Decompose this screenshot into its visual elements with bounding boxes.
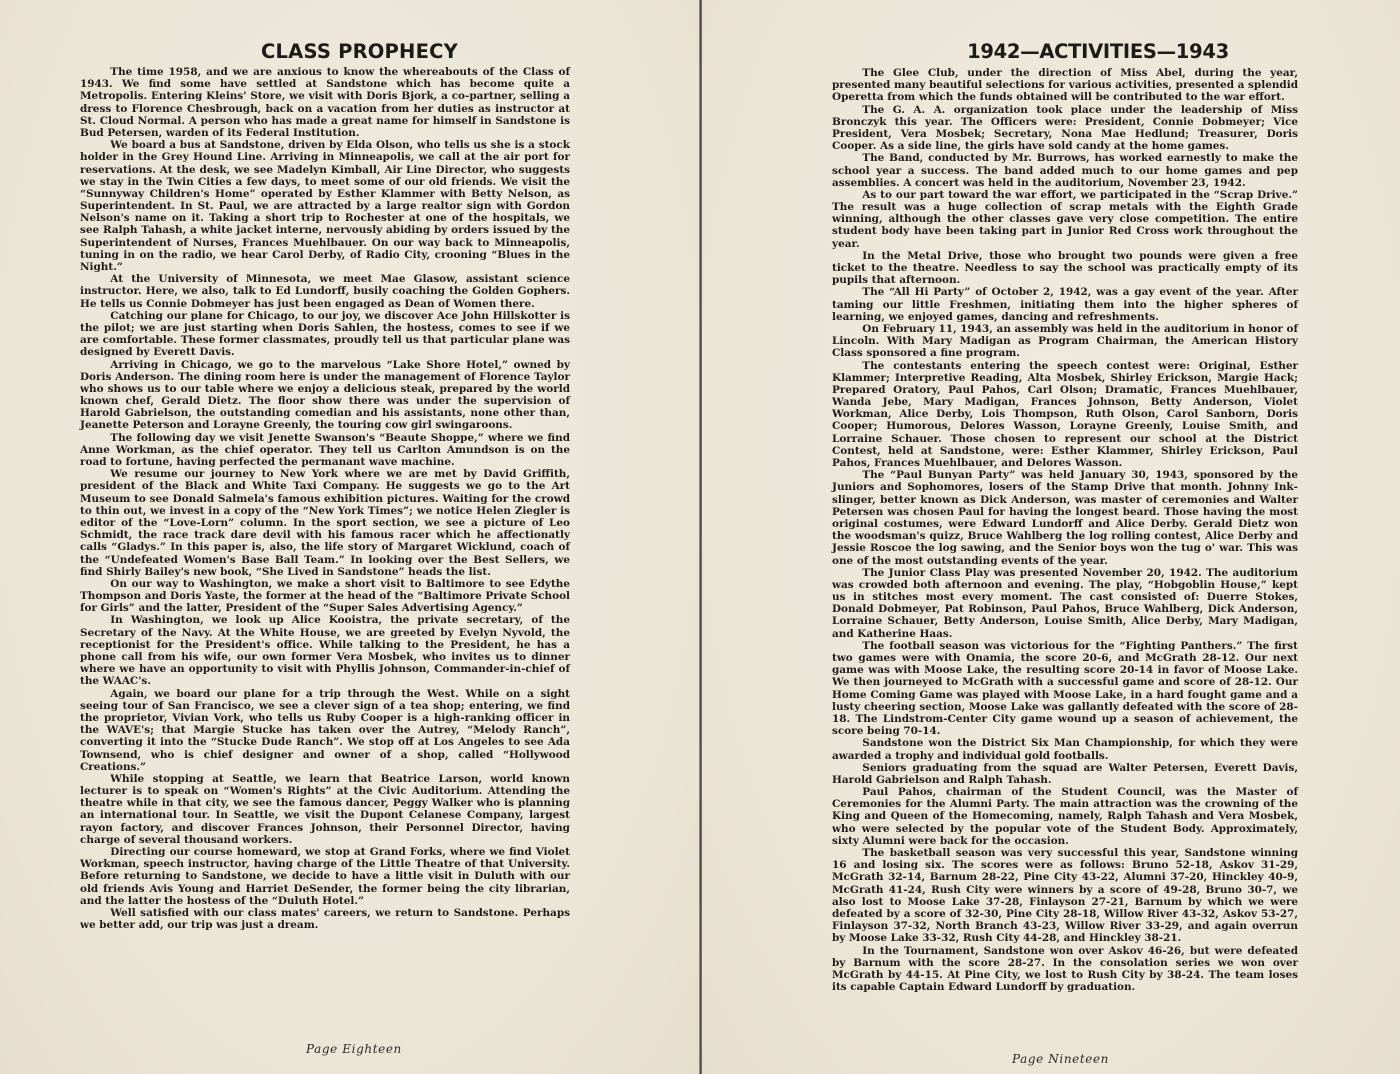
paragraph: The G. A. A. organization took place und… — [832, 104, 1298, 153]
paragraph: The Band, conducted by Mr. Burrows, has … — [832, 152, 1298, 189]
paragraph: The Junior Class Play was presented Nove… — [832, 567, 1298, 640]
paragraph: In the Metal Drive, those who brought tw… — [832, 250, 1298, 287]
paragraph: We board a bus at Sandstone, driven by E… — [80, 139, 570, 273]
paragraph: Sandstone won the District Six Man Champ… — [832, 737, 1298, 761]
paragraph: Seniors graduating from the squad are Wa… — [832, 762, 1298, 786]
body-text: The Glee Club, under the direction of Mi… — [832, 67, 1298, 993]
paragraph: Directing our course homeward, we stop a… — [80, 846, 570, 907]
paragraph: Paul Pahos, chairman of the Student Coun… — [832, 786, 1298, 847]
body-text: The time 1958, and we are anxious to kno… — [80, 66, 570, 931]
paragraph: We resume our journey to New York where … — [80, 468, 570, 578]
page-title: 1942—ACTIVITIES—1943 — [702, 40, 1400, 63]
paragraph: At the University of Minnesota, we meet … — [80, 273, 570, 310]
right-page: 1942—ACTIVITIES—1943 The Glee Club, unde… — [702, 0, 1400, 1074]
paragraph: The following day we visit Jenette Swans… — [80, 432, 570, 469]
paragraph: Catching our plane for Chicago, to our j… — [80, 310, 570, 359]
paragraph: The time 1958, and we are anxious to kno… — [80, 66, 570, 139]
page-number: Page Eighteen — [306, 1042, 402, 1056]
paragraph: Again, we board our plane for a trip thr… — [80, 688, 570, 773]
paragraph: As to our part toward the war effort, we… — [832, 189, 1298, 250]
paragraph: The Glee Club, under the direction of Mi… — [832, 67, 1298, 104]
paragraph: Arriving in Chicago, we go to the marvel… — [80, 359, 570, 432]
paragraph: The football season was victorious for t… — [832, 640, 1298, 738]
paragraph: Well satisfied with our class mates' car… — [80, 907, 570, 931]
paragraph: In the Tournament, Sandstone won over As… — [832, 945, 1298, 994]
paragraph: The “All Hi Party” of October 2, 1942, w… — [832, 286, 1298, 323]
booklet-spread: CLASS PROPHECY The time 1958, and we are… — [0, 0, 1400, 1074]
paragraph: The basketball season was very successfu… — [832, 847, 1298, 945]
paragraph: In Washington, we look up Alice Kooistra… — [80, 614, 570, 687]
paragraph: While stopping at Seattle, we learn that… — [80, 773, 570, 846]
paragraph: On February 11, 1943, an assembly was he… — [832, 323, 1298, 360]
page-title: CLASS PROPHECY — [0, 40, 699, 63]
page-number: Page Nineteen — [1012, 1052, 1109, 1066]
paragraph: The “Paul Bunyan Party” was held January… — [832, 469, 1298, 567]
paragraph: The contestants entering the speech cont… — [832, 360, 1298, 470]
left-page: CLASS PROPHECY The time 1958, and we are… — [0, 0, 699, 1074]
paragraph: On our way to Washington, we make a shor… — [80, 578, 570, 615]
